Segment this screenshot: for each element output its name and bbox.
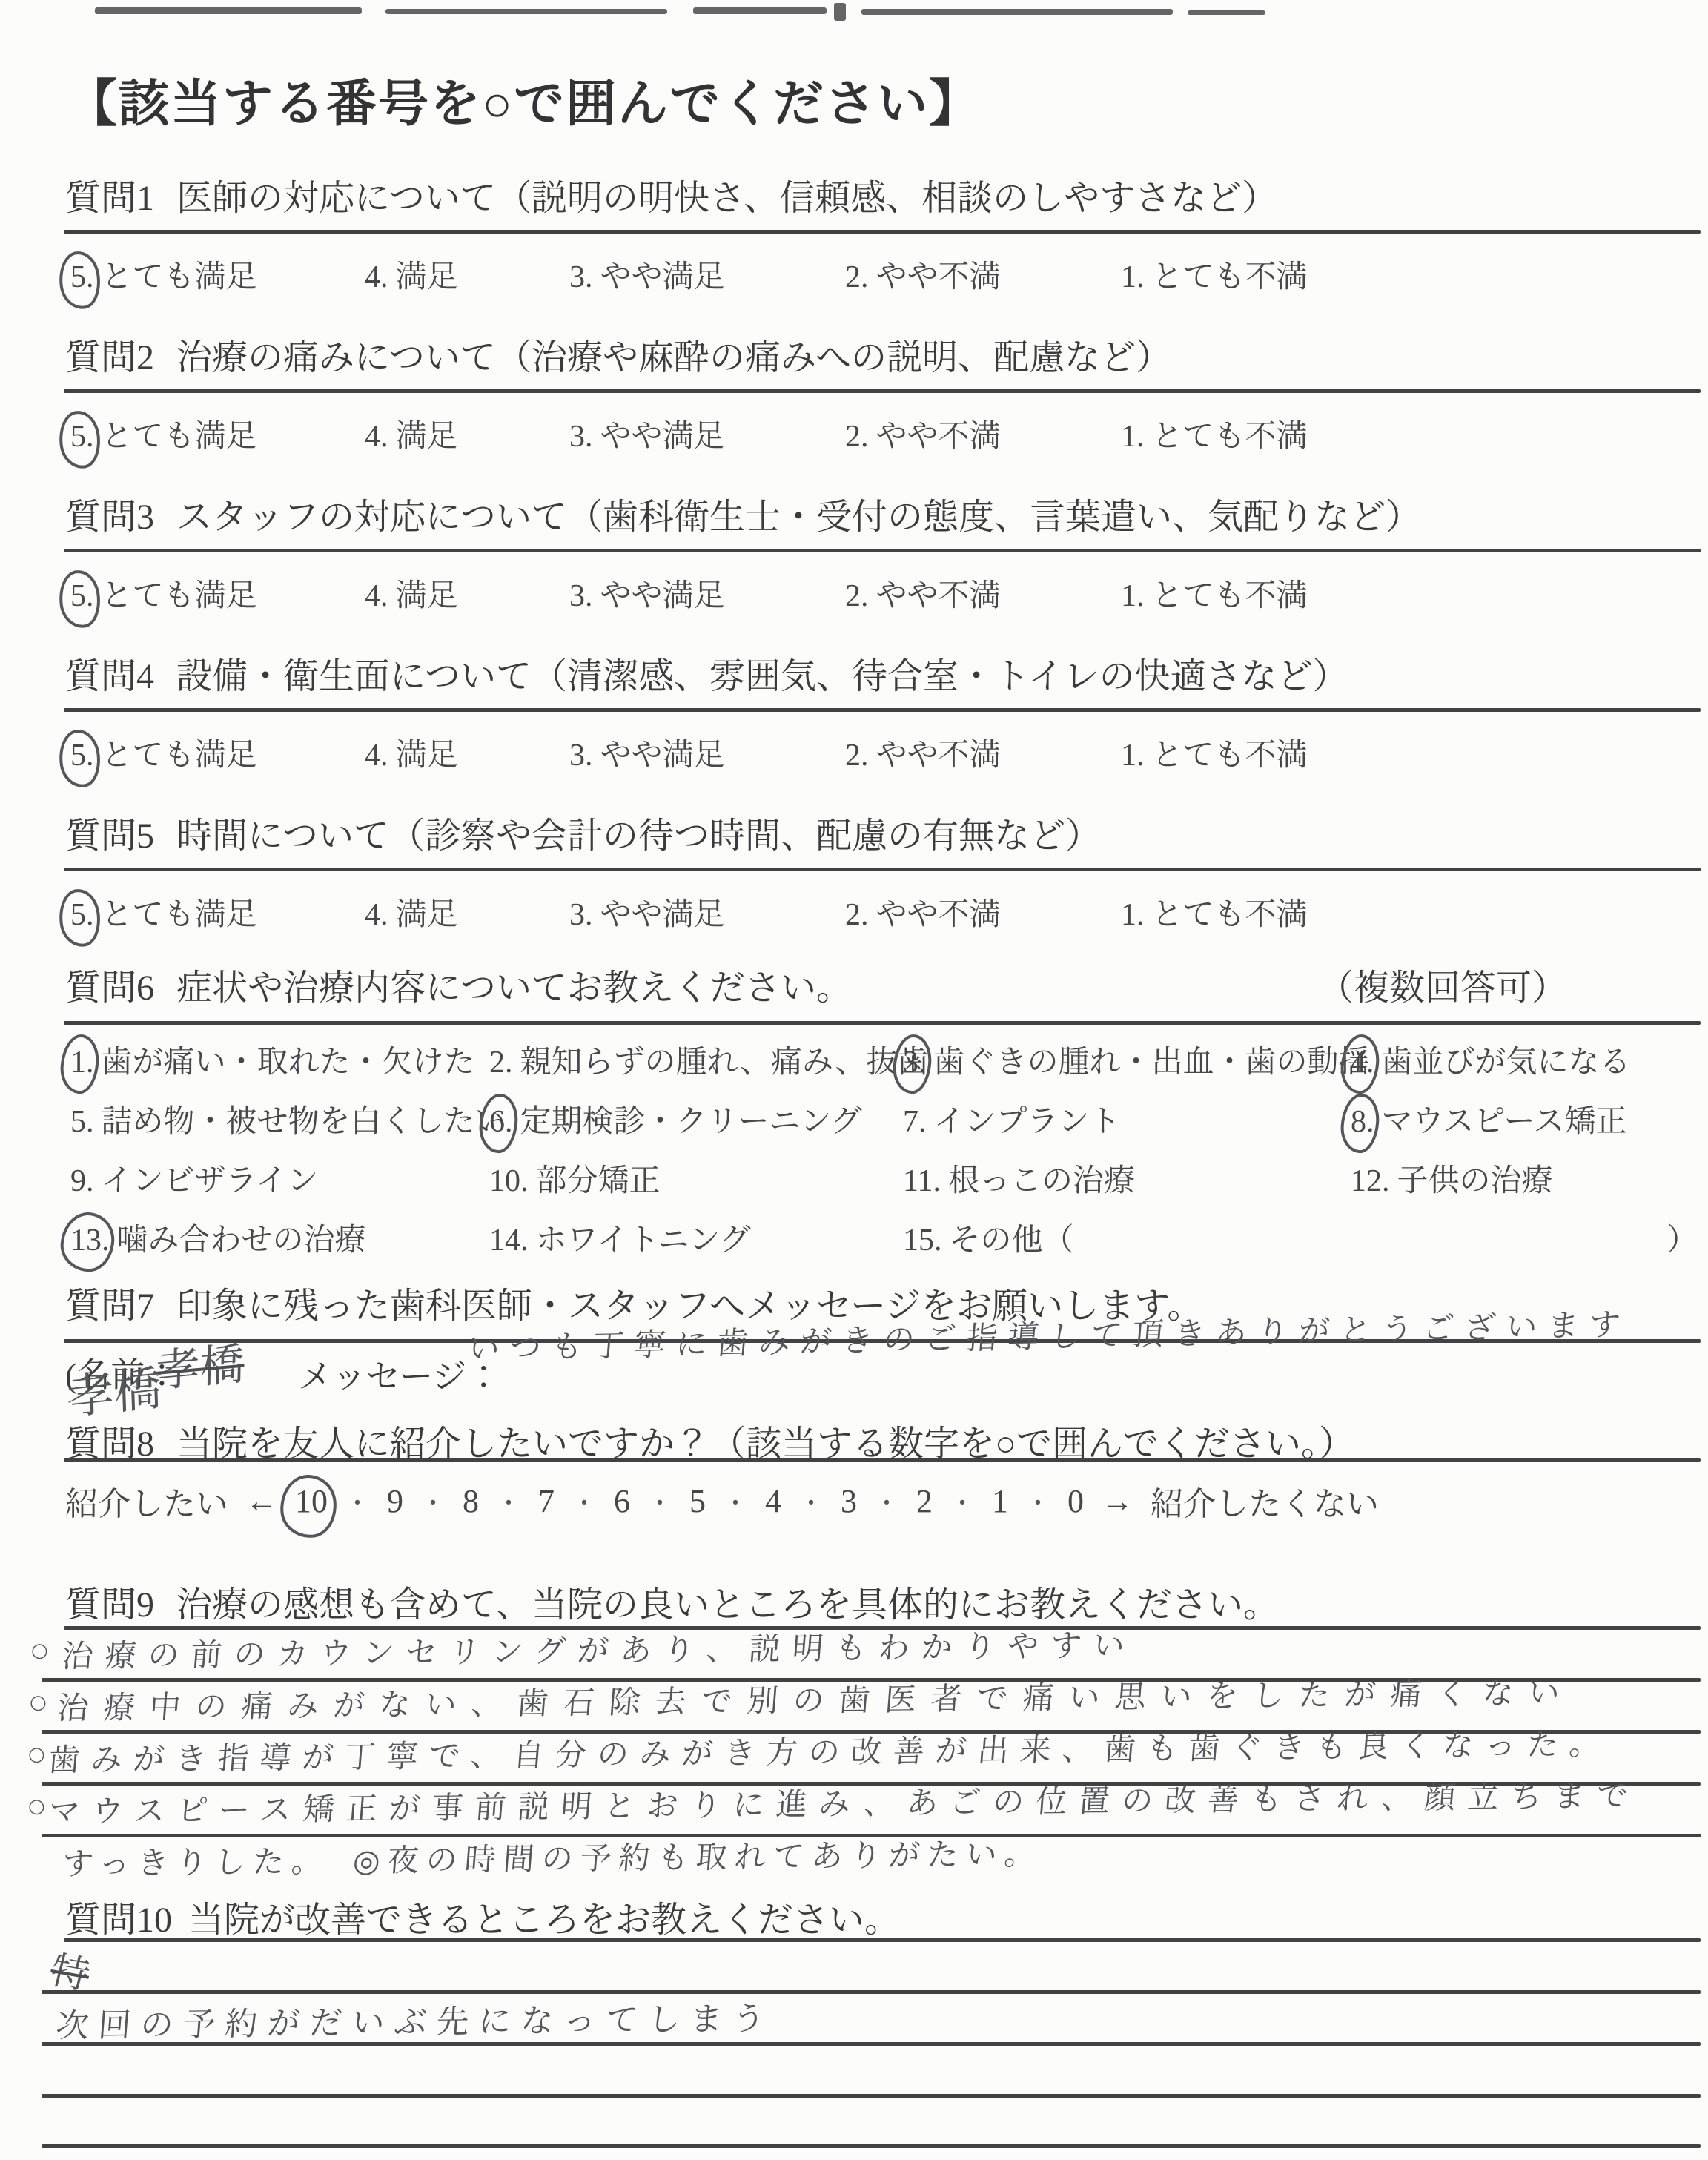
scale-dot: ・ — [572, 1483, 597, 1519]
answer-line — [42, 2144, 1701, 2148]
scan-artifact — [693, 7, 827, 14]
question-3-block: 質問3スタッフの対応について（歯科衛生士・受付の態度、言葉遣い、気配りなど） 5… — [0, 488, 1708, 647]
question-6-block: 質問6症状や治療内容についてお教えください。 （複数回答可） 1.歯が痛い・取れ… — [0, 959, 1708, 1278]
option-label: とても満足 — [102, 579, 257, 613]
right-arrow-icon: → — [1101, 1482, 1133, 1520]
scale-number: 7 — [538, 1482, 555, 1520]
circled-answer-mark: 5. — [70, 578, 94, 614]
scale-number: 8 — [463, 1482, 479, 1520]
question-text: 設備・衛生面について（清潔感、雰囲気、待合室・トイレの快適さなど） — [176, 657, 1348, 696]
scale-dot: ・ — [420, 1483, 446, 1519]
option-label: とても不満 — [1152, 420, 1308, 454]
scale-dot: ・ — [874, 1483, 899, 1519]
divider-line — [64, 549, 1701, 552]
question-text: 医師の対応について（説明の明快さ、信頼感、相談のしやすさなど） — [176, 179, 1277, 218]
scale-number: 6 — [614, 1482, 630, 1520]
question-text: 治療の痛みについて（治療や麻酔の痛みへの説明、配慮など） — [176, 338, 1171, 377]
q6-option-13: 13.噛み合わせの治療 — [70, 1215, 366, 1260]
question-number: 質問10 — [65, 1900, 172, 1940]
divider-line — [64, 868, 1701, 871]
question-text: 当院が改善できるところをお教えください。 — [188, 1900, 900, 1940]
answer-line — [42, 2094, 1701, 2098]
question-number: 質問9 — [65, 1585, 154, 1625]
divider-line — [64, 230, 1701, 234]
circled-answer-mark: 3. — [903, 1045, 927, 1080]
scale-number: 2 — [916, 1482, 933, 1520]
scanned-survey-page: 【該当する番号を○で囲んでください】 質問1医師の対応について（説明の明快さ、信… — [0, 0, 1708, 2160]
question-4-heading: 質問4設備・衛生面について（清潔感、雰囲気、待合室・トイレの快適さなど） — [65, 647, 1348, 698]
rating-option-3: 3.やや満足 — [569, 730, 725, 775]
scan-artifact — [385, 9, 667, 14]
q6-option-6: 6.定期検診・クリーニング — [489, 1097, 862, 1141]
q6-option-14: 14.ホワイトニング — [489, 1215, 751, 1260]
scale-dot: ・ — [950, 1483, 975, 1519]
circled-answer-mark: 13. — [70, 1223, 110, 1258]
option-label: やや満足 — [600, 739, 725, 773]
handwritten-answer-line: マウスピース矯正が事前説明とおりに進み、あごの位置の改善もされ、顔立ちまで — [47, 1771, 1642, 1833]
rating-option-2: 2.やや不満 — [845, 890, 1001, 934]
question-number: 質問2 — [65, 338, 154, 377]
question-number: 質問1 — [65, 179, 154, 218]
rating-option-5: 5.とても満足 — [70, 412, 257, 456]
question-1-heading: 質問1医師の対応について（説明の明快さ、信頼感、相談のしやすさなど） — [65, 169, 1277, 220]
multi-answer-note: （複数回答可） — [1318, 959, 1567, 1010]
scale-number: 4 — [765, 1482, 781, 1520]
option-label: とても満足 — [102, 420, 257, 454]
option-label: 満足 — [396, 579, 458, 613]
rating-option-2: 2.やや不満 — [845, 571, 1001, 615]
option-label: 満足 — [396, 260, 458, 294]
rating-option-4: 4.満足 — [365, 252, 458, 297]
option-label: とても満足 — [102, 898, 257, 932]
option-label: やや満足 — [600, 579, 725, 613]
option-label: やや不満 — [876, 739, 1001, 773]
divider-line — [64, 389, 1701, 393]
rating-option-3: 3.やや満足 — [569, 890, 725, 934]
question-number: 質問3 — [65, 498, 154, 537]
handwritten-bullet: ○ — [28, 1743, 45, 1766]
left-arrow-icon: ← — [245, 1482, 278, 1520]
question-1-block: 質問1医師の対応について（説明の明快さ、信頼感、相談のしやすさなど） 5.とても… — [0, 169, 1708, 328]
question-text: 治療の感想も含めて、当院の良いところを具体的にお教えください。 — [176, 1585, 1279, 1625]
scale-right-label: 紹介したくない — [1151, 1477, 1379, 1525]
handwritten-answer-line: 次回の予約がだいぶ先になってしまう — [55, 1992, 777, 2047]
option-label: 満足 — [396, 898, 458, 932]
rating-option-3: 3.やや満足 — [569, 252, 725, 297]
rating-option-3: 3.やや満足 — [569, 412, 725, 456]
option-label: やや不満 — [876, 420, 1001, 454]
q6-option-2: 2.親知らずの腫れ、痛み、抜歯 — [489, 1037, 929, 1082]
question-8-block: 質問8当院を友人に紹介したいですか？（該当する数字を○で囲んでください。） 紹介… — [0, 1415, 1708, 1563]
question-number: 質問7 — [65, 1287, 154, 1326]
circled-answer-mark: 5. — [70, 419, 94, 455]
option-label: やや満足 — [600, 420, 725, 454]
rating-option-1: 1.とても不満 — [1121, 890, 1308, 934]
question-number: 質問5 — [65, 816, 154, 856]
option-label: やや不満 — [876, 579, 1001, 613]
rating-option-4: 4.満足 — [365, 730, 458, 775]
question-number: 質問4 — [65, 657, 154, 696]
handwritten-answer-line: すっきりした。 ◎夜の時間の予約も取れてありがたい。 — [61, 1829, 1045, 1884]
rating-option-4: 4.満足 — [365, 571, 458, 615]
scale-dot: ・ — [1025, 1483, 1050, 1519]
answer-line — [42, 1990, 1701, 1994]
divider-line — [64, 708, 1701, 712]
q6-option-1: 1.歯が痛い・取れた・欠けた — [70, 1037, 475, 1082]
handwritten-answer-line: 歯みがき指導が丁寧で、自分のみがき方の改善が出来、歯も歯ぐきも良くなった。 — [47, 1720, 1614, 1780]
option-label: 満足 — [396, 739, 458, 773]
rating-option-2: 2.やや不満 — [845, 252, 1001, 297]
option-label: 満足 — [396, 420, 458, 454]
rating-option-5: 5.とても満足 — [70, 730, 257, 775]
handwritten-bullet: ○ — [31, 1639, 48, 1662]
q6-option-9: 9.インビザライン — [70, 1156, 318, 1200]
scale-number: 3 — [841, 1482, 857, 1520]
rating-option-4: 4.満足 — [365, 890, 458, 934]
question-text: スタッフの対応について（歯科衛生士・受付の態度、言葉遣い、気配りなど） — [176, 498, 1421, 537]
scale-dot: ・ — [345, 1483, 370, 1519]
scale-dot: ・ — [496, 1483, 521, 1519]
rating-option-4: 4.満足 — [365, 412, 458, 456]
handwritten-bullet: ○ — [28, 1795, 45, 1817]
option-label: とても満足 — [102, 739, 257, 773]
scale-dot: ・ — [647, 1483, 672, 1519]
circled-answer-mark: 4. — [1351, 1045, 1374, 1080]
page-title: 【該当する番号を○で囲んでください】 — [67, 64, 981, 136]
circled-answer-mark: 5. — [70, 738, 94, 773]
rating-option-2: 2.やや不満 — [845, 730, 1001, 775]
question-number: 質問6 — [65, 968, 154, 1008]
rating-option-2: 2.やや不満 — [845, 412, 1001, 456]
divider-line — [64, 1021, 1701, 1025]
circled-answer-mark: 6. — [489, 1104, 513, 1140]
rating-option-1: 1.とても不満 — [1121, 412, 1308, 456]
handwritten-name-crossed-out: 孝橋 — [155, 1328, 245, 1400]
q6-option-8: 8.マウスピース矯正 — [1351, 1097, 1626, 1141]
rating-option-5: 5.とても満足 — [70, 890, 257, 934]
scale-number: 5 — [689, 1482, 706, 1520]
question-text: 時間について（診察や会計の待つ時間、配慮の有無など） — [176, 816, 1101, 856]
q6-option-7: 7.インプラント — [903, 1097, 1121, 1141]
q6-option-12: 12.子供の治療 — [1351, 1156, 1553, 1200]
scan-artifact — [95, 7, 362, 14]
question-9-block: 質問9治療の感想も含めて、当院の良いところを具体的にお教えください。 ○ ○ ○… — [0, 1576, 1708, 1891]
question-7-block: 質問7印象に残った歯科医師・スタッフへメッセージをお願いします。 (名前： 孝橋… — [0, 1277, 1708, 1415]
rating-option-1: 1.とても不満 — [1121, 571, 1308, 615]
scan-artifact — [861, 9, 1173, 15]
question-2-heading: 質問2治療の痛みについて（治療や麻酔の痛みへの説明、配慮など） — [65, 328, 1171, 380]
question-4-block: 質問4設備・衛生面について（清潔感、雰囲気、待合室・トイレの快適さなど） 5.と… — [0, 647, 1708, 807]
option-label: とても満足 — [102, 260, 257, 294]
divider-line — [64, 1458, 1701, 1462]
handwritten-bullet: ○ — [30, 1691, 47, 1714]
option-label: やや満足 — [600, 260, 725, 294]
scale-dot: ・ — [723, 1483, 748, 1519]
circled-answer-mark: 5. — [70, 897, 94, 933]
rating-option-3: 3.やや満足 — [569, 571, 725, 615]
question-10-block: 質問10当院が改善できるところをお教えください。 特 次回の予約がだいぶ先になっ… — [0, 1891, 1708, 2158]
question-9-heading: 質問9治療の感想も含めて、当院の良いところを具体的にお教えください。 — [65, 1576, 1279, 1627]
question-text: 症状や治療内容についてお教えください。 — [176, 968, 852, 1008]
q6-option-3: 3.歯ぐきの腫れ・出血・歯の動揺 — [903, 1037, 1370, 1082]
circled-answer-mark: 10 — [295, 1482, 328, 1520]
q6-option-5: 5.詰め物・被せ物を白くしたい — [70, 1097, 506, 1141]
scale-dot: ・ — [798, 1483, 824, 1519]
circled-answer-mark: 8. — [1351, 1104, 1374, 1140]
option-label: とても不満 — [1152, 260, 1308, 294]
option-label: やや不満 — [876, 260, 1001, 294]
rating-option-5: 5.とても満足 — [70, 252, 257, 297]
scale-number: 1 — [992, 1482, 1008, 1520]
answer-line — [64, 1938, 1701, 1942]
q6-option-4: 4.歯並びが気になる — [1351, 1037, 1631, 1082]
rating-option-1: 1.とても不満 — [1121, 252, 1308, 297]
q6-option-15: 15.その他（ — [903, 1215, 1074, 1260]
handwritten-answer-line: 治療中の痛みがない、歯石除去で別の歯医者で痛い思いをしたが痛くない — [56, 1668, 1577, 1728]
nps-scale: 紹介したい ← 10 ・ 9 ・ 8 ・ 7 ・ 6 ・ 5 ・ 4 ・ 3 ・… — [65, 1477, 1379, 1525]
question-5-block: 質問5時間について（診察や会計の待つ時間、配慮の有無など） 5.とても満足 4.… — [0, 807, 1708, 959]
option-label: とても不満 — [1152, 579, 1308, 613]
option-label: やや満足 — [600, 898, 725, 932]
circled-answer-mark: 1. — [70, 1045, 94, 1080]
option-label: とても不満 — [1152, 898, 1308, 932]
option-label: とても不満 — [1152, 739, 1308, 773]
rating-option-5: 5.とても満足 — [70, 571, 257, 615]
option-label: やや不満 — [876, 898, 1001, 932]
answer-line — [42, 2042, 1701, 2046]
question-10-heading: 質問10当院が改善できるところをお教えください。 — [65, 1891, 900, 1942]
circled-answer-mark: 5. — [70, 260, 94, 295]
question-6-heading: 質問6症状や治療内容についてお教えください。 — [65, 959, 852, 1010]
q6-option-15-close-paren: ） — [1666, 1215, 1698, 1260]
scale-number: 0 — [1067, 1482, 1084, 1520]
scan-artifact — [1188, 10, 1265, 15]
q6-option-10: 10.部分矯正 — [489, 1156, 661, 1200]
question-2-block: 質問2治療の痛みについて（治療や麻酔の痛みへの説明、配慮など） 5.とても満足 … — [0, 328, 1708, 488]
scan-artifact — [834, 3, 846, 21]
scale-number: 9 — [387, 1482, 403, 1520]
rating-option-1: 1.とても不満 — [1121, 730, 1308, 775]
question-5-heading: 質問5時間について（診察や会計の待つ時間、配慮の有無など） — [65, 807, 1101, 858]
question-3-heading: 質問3スタッフの対応について（歯科衛生士・受付の態度、言葉遣い、気配りなど） — [65, 488, 1421, 539]
scale-left-label: 紹介したい — [65, 1477, 228, 1525]
q6-option-11: 11.根っこの治療 — [903, 1156, 1135, 1200]
